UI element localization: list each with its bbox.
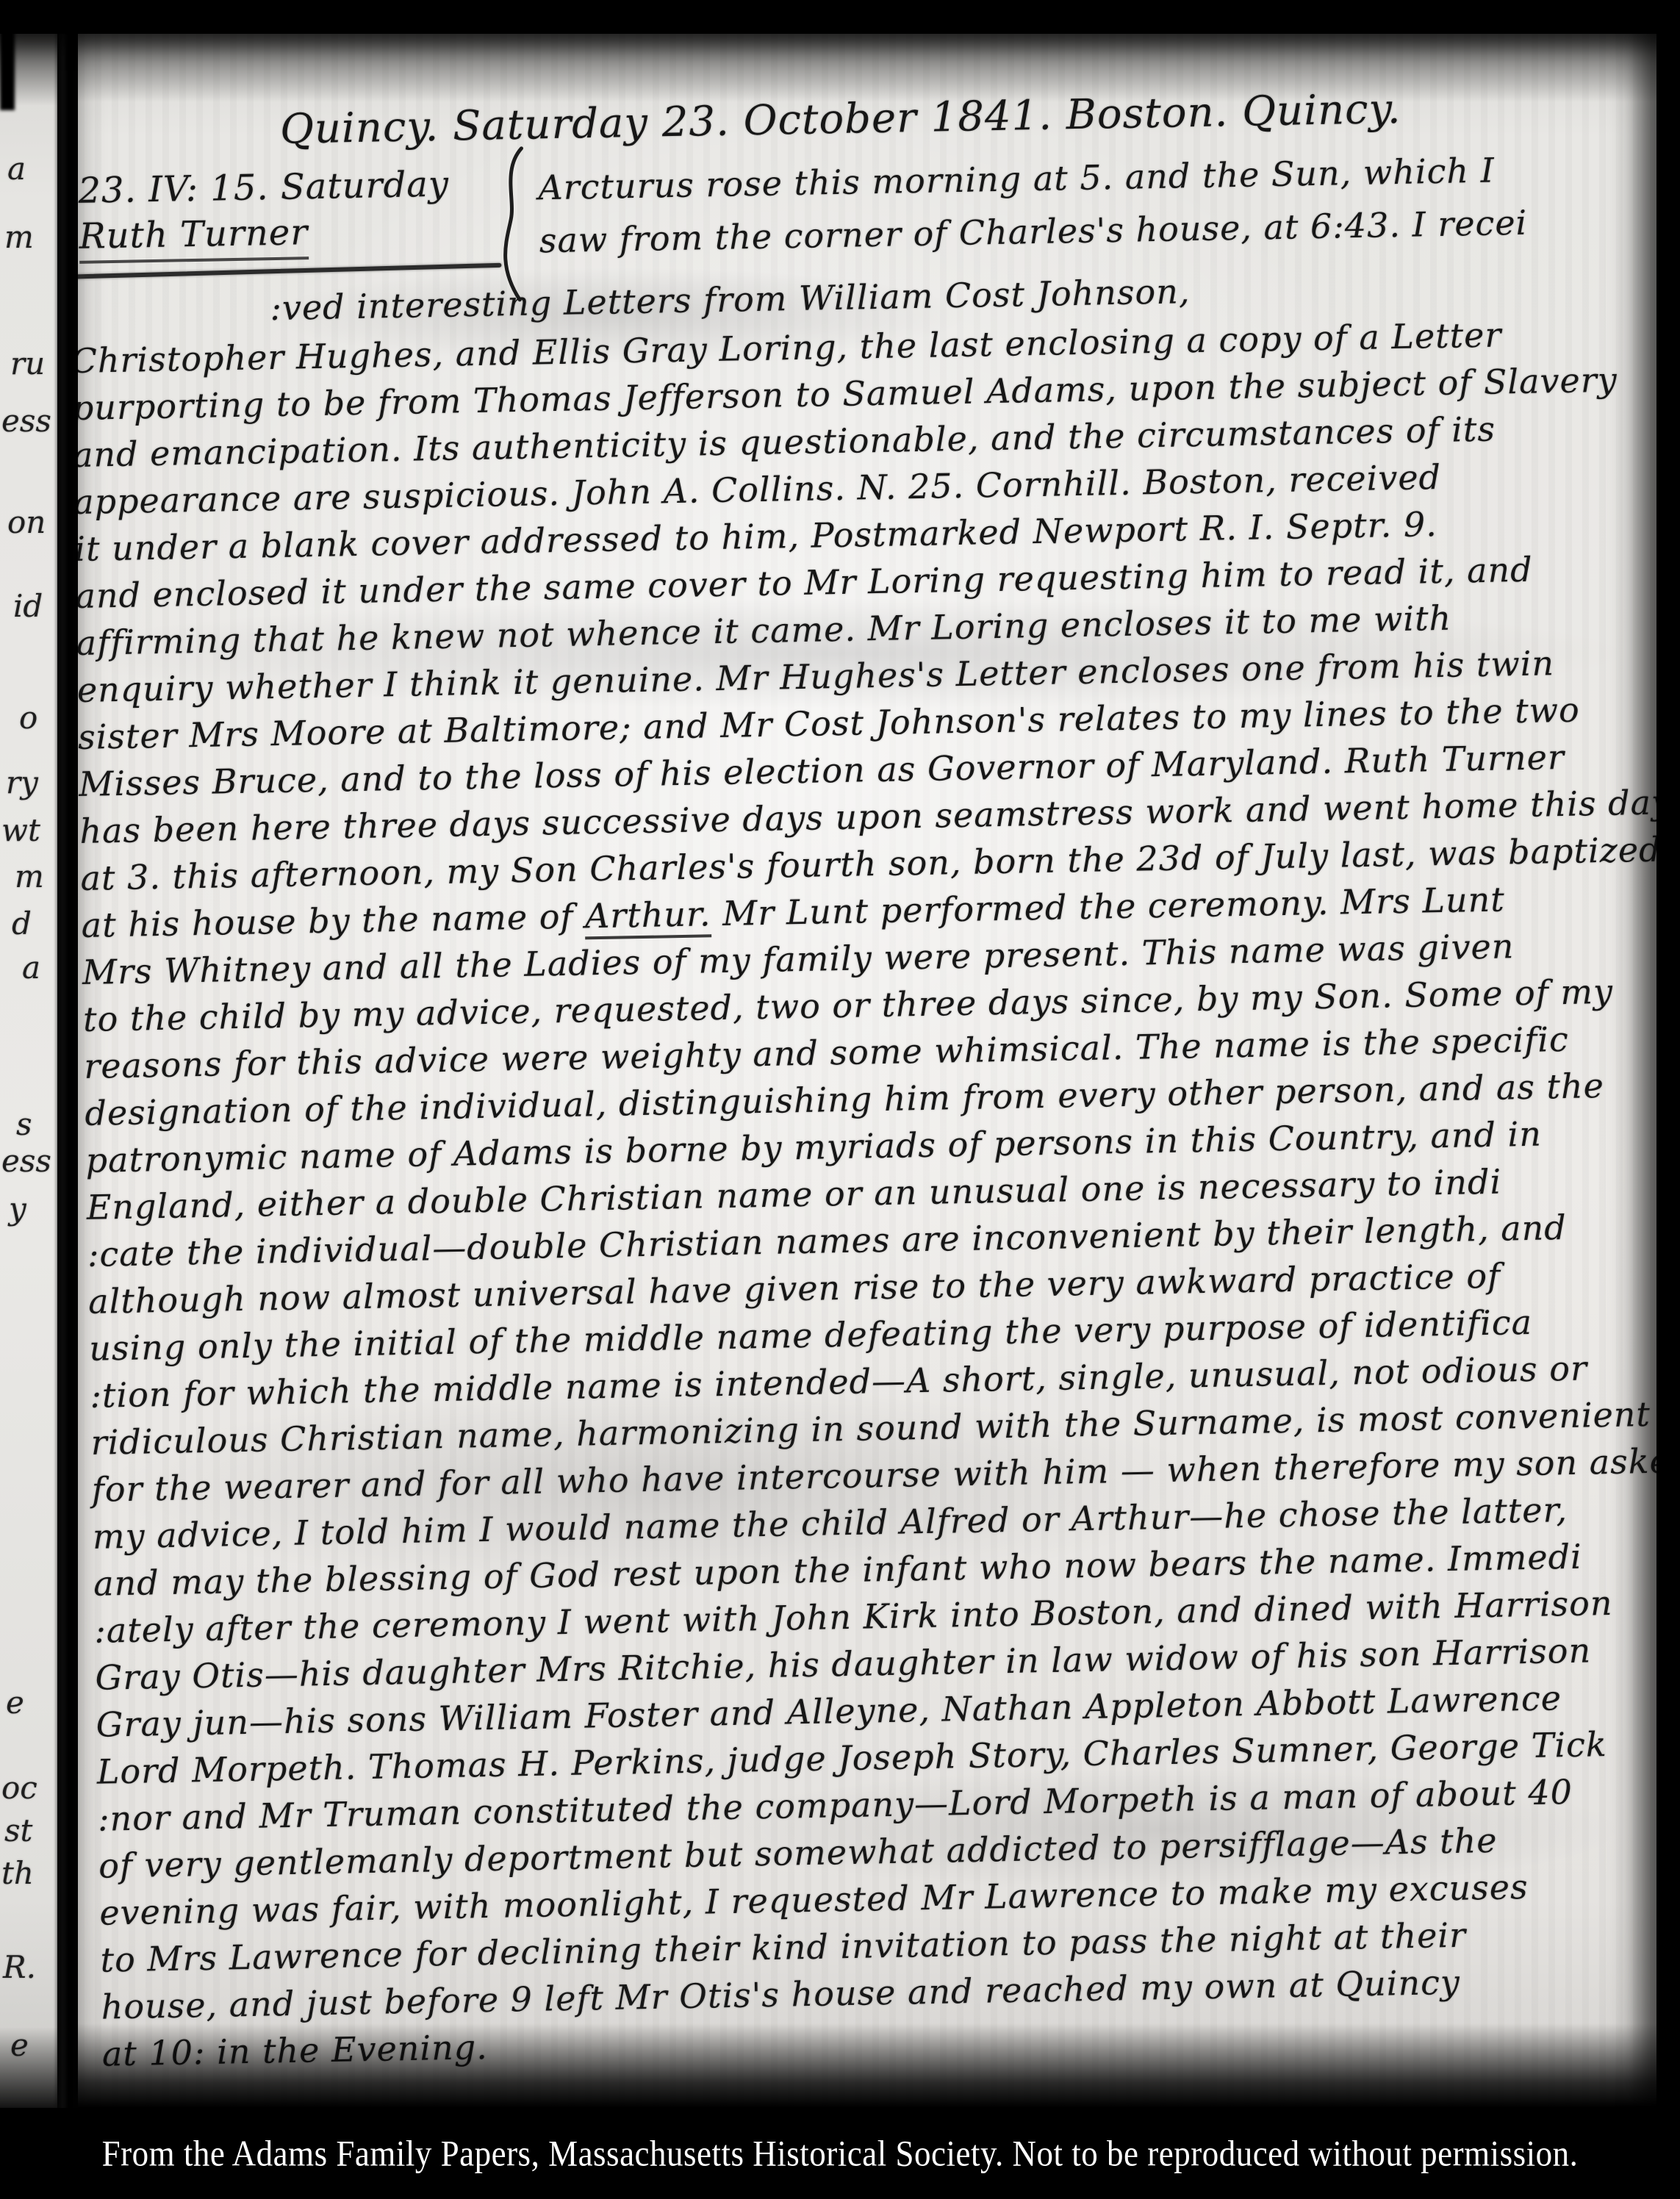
page-edge-fragment: ess [1,1143,51,1179]
page-edge-fragment: m [4,219,34,255]
right-border [1656,0,1680,2199]
page-edge-fragment: m [15,858,44,894]
previous-page-edge: amruessonidorywtmdasessyeocstthR.e [0,32,57,2108]
manuscript-scan: amruessonidorywtmdasessyeocstthR.e Quinc… [0,0,1680,2199]
page-edge-fragment: id [13,588,43,624]
page-edge-fragment: ess [1,403,51,439]
page-edge-fragment: e [6,1685,24,1721]
underlined-word: Arthur. [585,894,712,939]
margin-brace [492,144,534,306]
page-edge-fragment: oc [1,1770,37,1806]
page-edge-fragment: th [1,1855,34,1891]
page-edge-fragment: ry [6,764,38,800]
top-border [0,0,1680,34]
page-edge-fragment: d [12,905,32,941]
page-edge-fragment: on [7,504,46,540]
line-text: at his house by the name of [81,896,585,945]
margin-rule [78,263,501,279]
entry-dateline: Quincy. Saturday 23. October 1841. Bosto… [279,85,1401,154]
manuscript-page: Quincy. Saturday 23. October 1841. Bosto… [78,32,1658,2108]
page-edge-fragment: st [4,1812,32,1848]
page-edge-fragment: s [16,1106,32,1142]
attribution-caption: From the Adams Family Papers, Massachuse… [102,2132,1579,2174]
line-text: at 10: in the Evening. [101,2027,488,2074]
page-edge-fragment: wt [1,812,40,848]
opener-lines: Arcturus rose this morning at 5. and the… [538,143,1528,268]
handwriting-block: Quincy. Saturday 23. October 1841. Bosto… [78,32,1658,2108]
page-edge-fragment: R. [3,1949,36,1985]
attribution-bar: From the Adams Family Papers, Massachuse… [0,2108,1680,2199]
page-edge-fragment: a [7,151,26,187]
margin-name-line: Ruth Turner [79,209,309,264]
page-edge-fragment: e [10,2027,29,2063]
top-left-border [0,0,15,110]
body-lines: Christopher Hughes, and Ellis Gray Lorin… [78,308,1658,2078]
page-edge-fragment: a [22,950,40,986]
margin-note: 23. IV: 15. Saturday Ruth Turner [78,162,450,264]
page-edge-fragment: y [9,1191,26,1227]
margin-date-line: 23. IV: 15. Saturday [78,162,449,214]
page-edge-fragment: o [19,700,37,736]
binding-gutter [54,29,79,2109]
page-edge-fragment: ru [10,345,45,381]
